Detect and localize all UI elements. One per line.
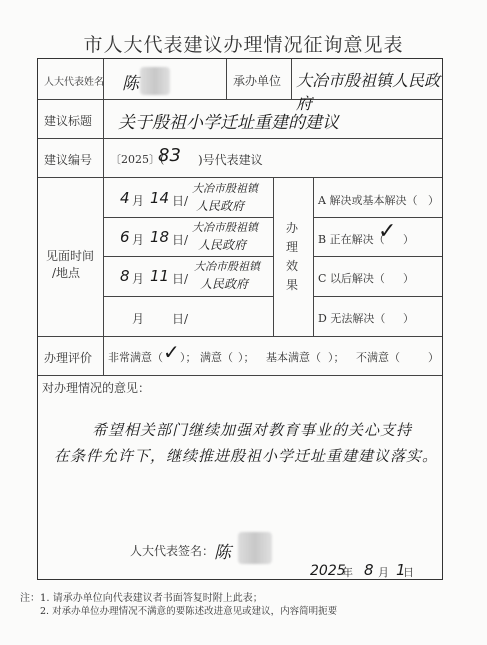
- redacted-name: [140, 67, 170, 95]
- divider: [103, 59, 104, 375]
- opinion-text-line-2: 在条件允许下，继续推进殷祖小学迁址重建建议落实。: [54, 445, 438, 466]
- number-value: 83: [158, 145, 181, 166]
- document-title: 市人大代表建议办理情况征询意见表: [0, 30, 487, 57]
- opinion-label: 对办理情况的意见：: [42, 379, 150, 396]
- divider: [103, 256, 273, 257]
- opinion-text-line-1: 希望相关部门继续加强对教育事业的关心支持: [92, 419, 412, 440]
- divider: [313, 296, 442, 297]
- subject-label: 建议标题: [44, 112, 92, 129]
- checkmark-icon: ✓: [163, 340, 180, 364]
- checkmark-icon: ✓: [378, 219, 396, 244]
- meeting-label: 见面时间: [46, 247, 94, 264]
- divider: [103, 296, 273, 297]
- signature-label: 人大代表签名：: [130, 542, 214, 559]
- signature-value: 陈: [214, 538, 231, 563]
- divider: [38, 138, 442, 139]
- rep-name-value: 陈: [122, 69, 139, 94]
- meeting-label-sub: /地点: [52, 264, 80, 281]
- redacted-signature: [238, 532, 272, 564]
- rep-name-label: 人大代表姓名: [44, 73, 104, 88]
- subject-value: 关于殷祖小学迁址重建的建议: [118, 108, 339, 133]
- divider: [313, 177, 314, 336]
- divider: [313, 217, 442, 218]
- evaluation-label: 办理评价: [44, 349, 92, 366]
- note-item-2: 2. 对承办单位办理情况不满意的要陈述改进意见或建议，内容简明扼要: [40, 603, 337, 617]
- divider: [291, 59, 292, 99]
- divider: [38, 375, 442, 376]
- number-label: 建议编号: [44, 151, 92, 168]
- number-prefix: 〔2025〕(: [110, 151, 164, 167]
- number-suffix: )号代表建议: [198, 151, 263, 168]
- divider: [38, 177, 442, 178]
- divider: [226, 59, 227, 99]
- divider: [273, 177, 274, 336]
- effect-label: 办 理 效 果: [286, 219, 298, 295]
- unit-label: 承办单位: [233, 72, 281, 89]
- divider: [103, 217, 273, 218]
- note-item-1: 1. 请承办单位向代表建议者书面答复时附上此表；: [40, 589, 263, 604]
- feedback-form-table: 人大代表姓名 陈 承办单位 大冶市殷祖镇人民政府 建议标题 关于殷祖小学迁址重建…: [37, 58, 443, 580]
- divider: [313, 256, 442, 257]
- notes-prefix: 注：: [20, 589, 40, 604]
- divider: [38, 336, 442, 337]
